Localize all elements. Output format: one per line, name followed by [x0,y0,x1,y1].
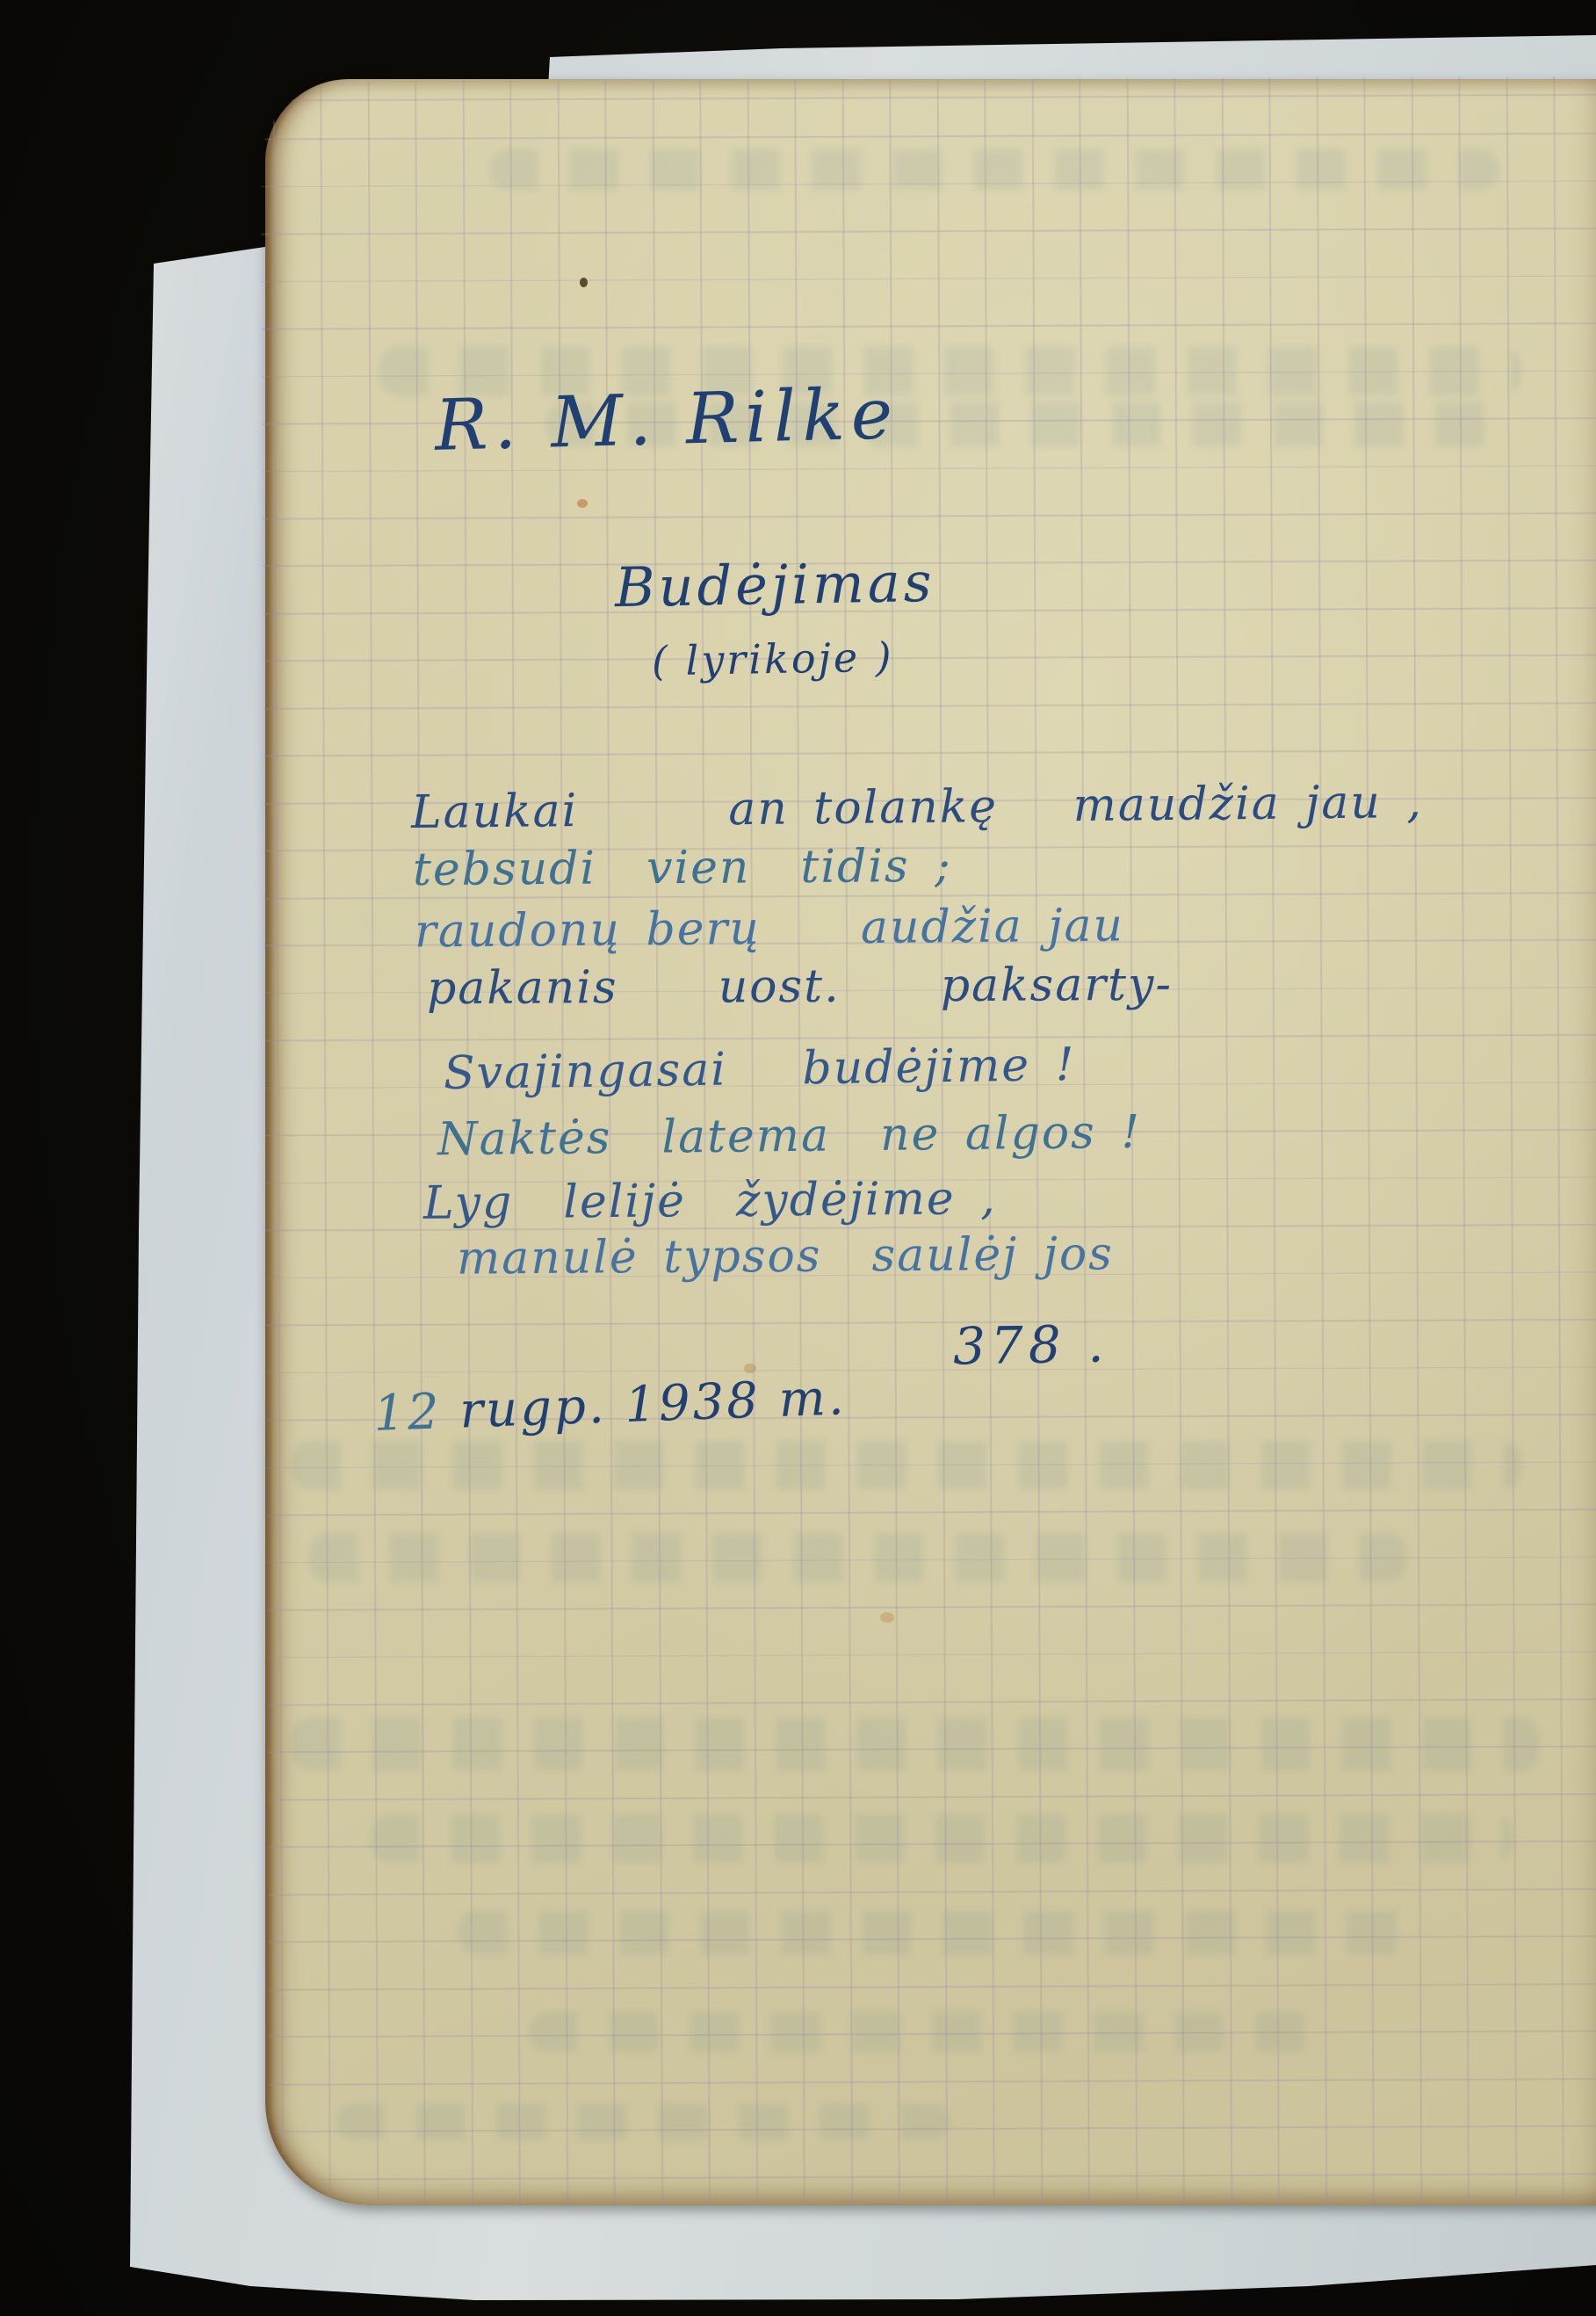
page-number: 378 . [953,1318,1110,1372]
poem-line: tebsudi vien tidis ; [413,843,952,893]
poem-line: raudonų berų audžia jau [415,902,1124,954]
bleed-through-band [292,1718,1539,1770]
bleed-through-band [336,2104,950,2139]
bleed-through-band [489,149,1499,190]
bleed-through-band [309,1533,1407,1581]
date-day: 12 [372,1383,460,1443]
bleed-through-band [371,1814,1513,1863]
date-line: 12 rugp. 1938 m. [298,1324,849,1491]
poem-line: pakanis uost. paksarty- [427,962,1173,1011]
paper-speck [580,278,588,287]
poem-line: Naktės latema ne algos ! [437,1110,1142,1162]
rust-stain [577,499,588,508]
poem-title: Budėjimas [614,555,935,615]
notebook-page: R. M. Rilke Budėjimas ( lyrikoje ) Lauka… [265,79,1596,2205]
poem-subtitle: ( lyrikoje ) [652,637,894,682]
poem-line: Laukai an tolankę maudžia jau , [411,779,1423,836]
rust-stain [880,1612,894,1623]
bleed-through-band [529,2012,1319,2052]
author-line: R. M. Rilke [434,379,899,461]
poem-line: Svajingasai budėjime ! [444,1042,1076,1096]
bleed-through-band [459,1911,1425,1955]
date-rest: rugp. 1938 m. [459,1369,847,1439]
poem-line: manulė typsos saulėj jos [457,1231,1114,1281]
poem-line: Lyg lelijė žydėjime , [423,1176,997,1227]
